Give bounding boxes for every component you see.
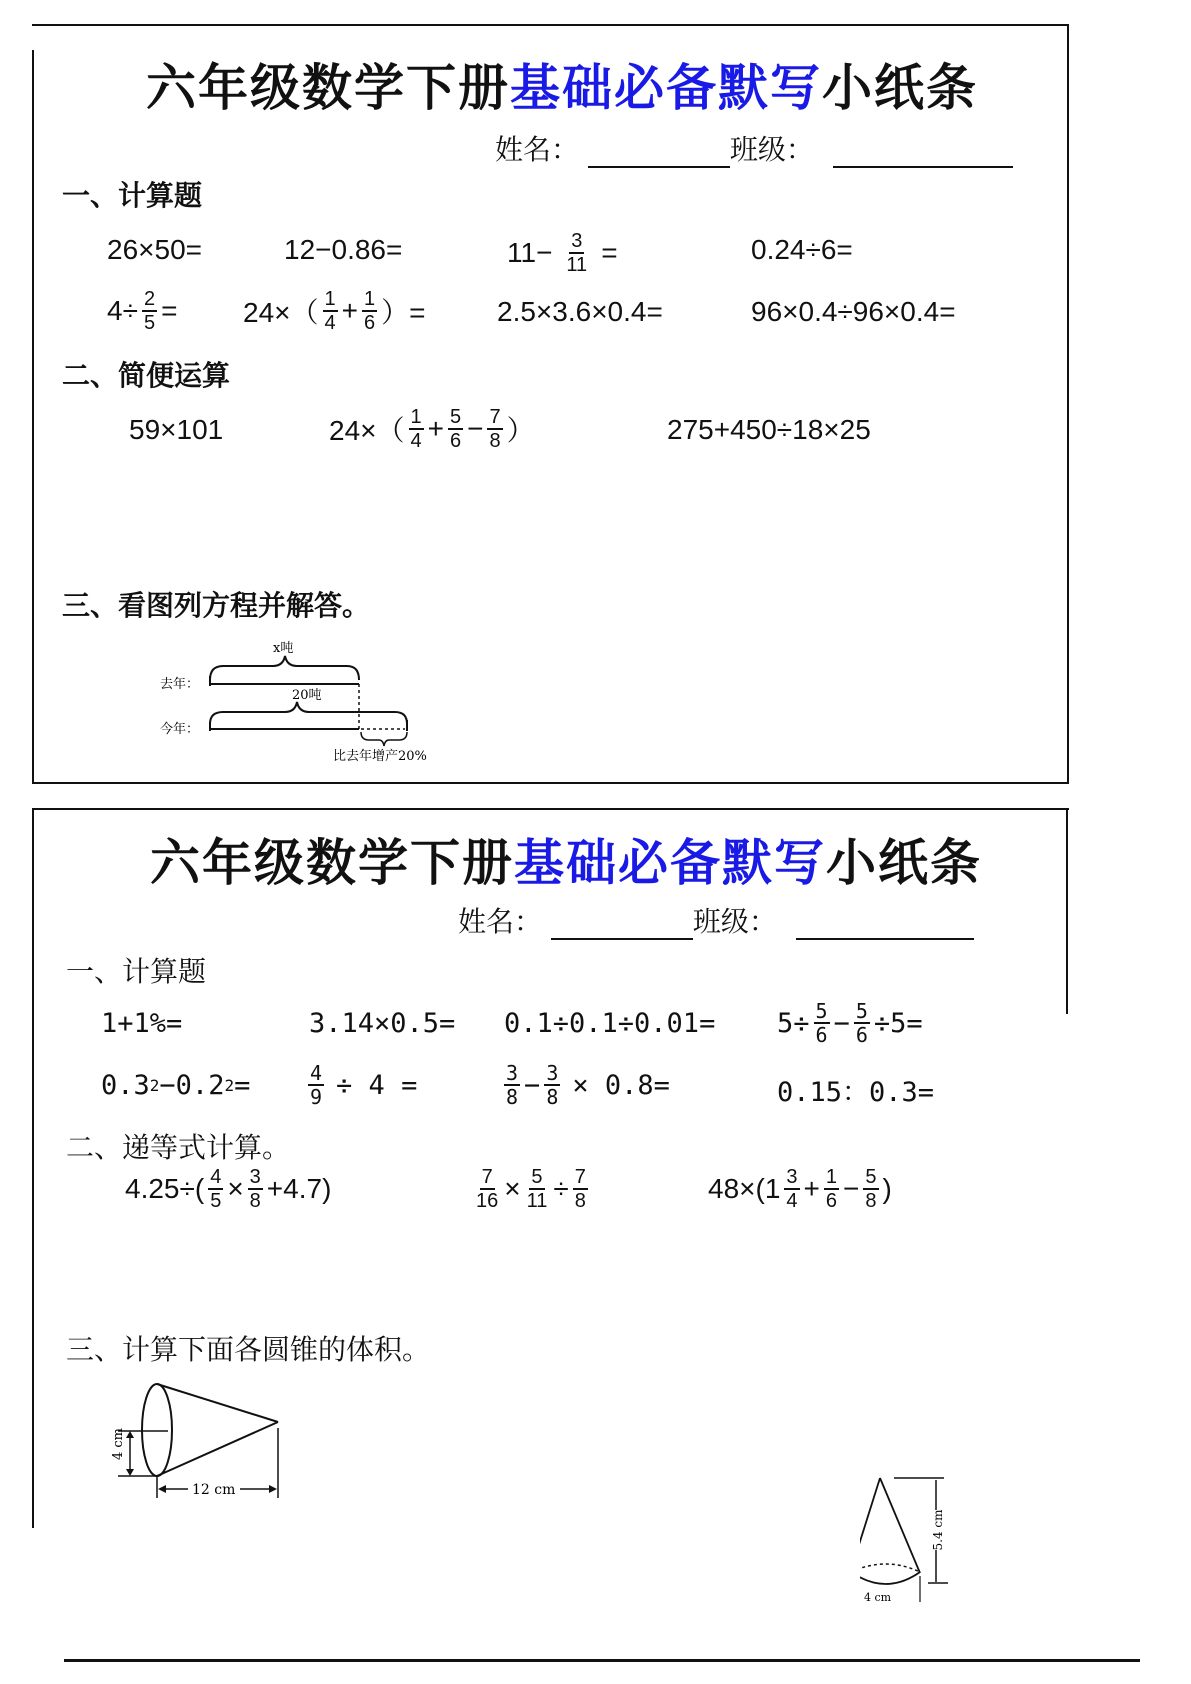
- expr: 26×50=: [107, 234, 202, 266]
- svg-text:5.4 cm: 5.4 cm: [931, 1509, 945, 1551]
- class-label: 班级：: [730, 133, 814, 166]
- fraction: 16: [824, 1166, 839, 1212]
- fraction: 56: [854, 1000, 870, 1046]
- fraction: 78: [487, 406, 502, 452]
- svg-text:今年：: 今年：: [160, 721, 199, 737]
- fraction: 25: [142, 288, 157, 334]
- fraction: 716: [474, 1166, 500, 1212]
- expr: 716 × 511 ÷ 78: [470, 1166, 592, 1212]
- name-label: 姓名：: [495, 133, 579, 166]
- fraction: 14: [323, 288, 338, 334]
- fraction: 38: [248, 1166, 263, 1212]
- svg-text:4 cm: 4 cm: [111, 1428, 126, 1460]
- fraction: 45: [208, 1166, 223, 1212]
- sheet1-border-right: [1067, 26, 1069, 784]
- class-field[interactable]: [833, 136, 1013, 168]
- sheet1-border-top: [32, 24, 1069, 26]
- expr: 49 ÷ 4 =: [304, 1062, 417, 1108]
- expr: 0.15：0.3=: [777, 1070, 934, 1109]
- cone-diagram-2: 5.4 cm 4 cm: [860, 1472, 970, 1612]
- expr: 2.5×3.6×0.4=: [497, 296, 663, 328]
- fraction: 511: [525, 1166, 550, 1212]
- sheet2-border-right: [1066, 808, 1068, 1014]
- expr: 24×（ 14 + 16 ）=: [243, 288, 425, 334]
- sheet1-border-left: [32, 50, 34, 784]
- svg-text:20吨: 20吨: [292, 688, 322, 703]
- name-class-row: 姓名： 班级：: [458, 900, 974, 940]
- fraction: 14: [409, 406, 424, 452]
- name-field[interactable]: [588, 136, 730, 168]
- expr: 0.24÷6=: [751, 234, 853, 266]
- section-heading-simplify: 二、简便运算: [62, 354, 230, 394]
- section-heading-cone-volume: 三、计算下面各圆锥的体积。: [66, 1328, 430, 1368]
- fraction: 49: [308, 1062, 324, 1108]
- expr: 38 − 38 × 0.8=: [500, 1062, 670, 1108]
- expr: 48×(1 34 + 16 − 58 ): [708, 1166, 892, 1212]
- svg-text:12 cm: 12 cm: [192, 1482, 235, 1498]
- expr: 1+1%=: [101, 1008, 182, 1039]
- class-field[interactable]: [796, 908, 974, 940]
- expr: 4.25÷( 45 × 38 +4.7): [125, 1166, 331, 1212]
- page-title: 六年级数学下册基础必备默写小纸条: [146, 48, 978, 120]
- fraction: 34: [784, 1166, 799, 1212]
- section-heading-calc: 一、计算题: [66, 950, 206, 990]
- upright-cone-icon: 5.4 cm 4 cm: [860, 1472, 970, 1612]
- fraction: 311: [564, 230, 589, 276]
- cone-diagram-1: 4 cm 12 cm: [100, 1376, 300, 1506]
- bar-model-diagram-icon: x吨 去年： 20吨 今年： 比去年增产20%: [155, 636, 475, 766]
- fraction: 78: [573, 1166, 588, 1212]
- expr: 96×0.4÷96×0.4=: [751, 296, 956, 328]
- sheet2-border-left: [32, 808, 34, 1528]
- svg-text:4 cm: 4 cm: [864, 1591, 892, 1604]
- svg-text:去年：: 去年：: [160, 676, 199, 692]
- expr: 275+450÷18×25: [667, 414, 871, 446]
- fraction: 38: [544, 1062, 560, 1108]
- section-heading-stepwise: 二、递等式计算。: [66, 1126, 290, 1166]
- svg-text:比去年增产20%: 比去年增产20%: [333, 748, 427, 764]
- fraction: 56: [814, 1000, 830, 1046]
- expr: 5÷ 56 − 56 ÷5=: [777, 1000, 923, 1046]
- expr: 59×101: [129, 414, 223, 446]
- svg-text:x吨: x吨: [273, 641, 293, 656]
- expr: 12−0.86=: [284, 234, 402, 266]
- expr: 0.32−0.22=: [101, 1070, 250, 1101]
- expr: 11− 311 =: [507, 230, 618, 276]
- line-segment-diagram: x吨 去年： 20吨 今年： 比去年增产20%: [155, 636, 475, 766]
- section-heading-equation: 三、看图列方程并解答。: [62, 584, 370, 624]
- page-title: 六年级数学下册基础必备默写小纸条: [150, 823, 982, 895]
- sheet1-border-bottom: [32, 782, 1069, 784]
- sheet2-border-top: [32, 808, 1069, 810]
- fraction: 58: [863, 1166, 878, 1212]
- name-label: 姓名：: [458, 905, 542, 938]
- expr: 24×（ 14 + 56 − 78 ）: [329, 406, 535, 452]
- fraction: 16: [362, 288, 377, 334]
- name-field[interactable]: [551, 908, 693, 940]
- expr: 4÷ 25 =: [107, 288, 177, 334]
- expr: 3.14×0.5=: [309, 1008, 455, 1039]
- name-class-row: 姓名： 班级：: [495, 128, 1013, 168]
- sheet2-border-bottom: [64, 1659, 1140, 1662]
- section-heading-calc: 一、计算题: [62, 174, 202, 214]
- fraction: 38: [504, 1062, 520, 1108]
- class-label: 班级：: [693, 905, 777, 938]
- fraction: 56: [448, 406, 463, 452]
- horizontal-cone-icon: 4 cm 12 cm: [100, 1376, 300, 1506]
- expr: 0.1÷0.1÷0.01=: [504, 1008, 715, 1039]
